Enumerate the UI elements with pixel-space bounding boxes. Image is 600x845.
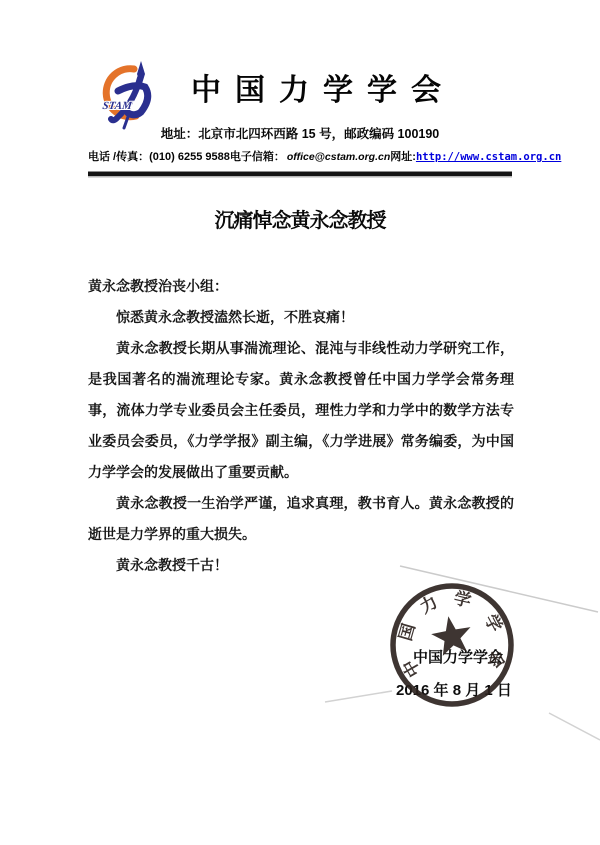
contact-row: 电话 /传真： (010) 6255 9588 电子信箱： office@cst… [88, 148, 512, 164]
letter-page: STAM 中国力学学会 地址：北京市北四环西路 15 号，邮政编码 100190… [0, 0, 600, 845]
paragraph: 黄永念教授长期从事湍流理论、混沌与非线性动力学研究工作，是我国著名的湍流理论专家… [88, 333, 514, 488]
seal-char: 学 [452, 588, 473, 611]
address-line: 地址：北京市北四环西路 15 号，邮政编码 100190 [88, 124, 512, 142]
phone-value: (010) 6255 9588 [149, 151, 230, 163]
phone-item: 电话 /传真： (010) 6255 9588 [88, 148, 230, 164]
cstam-logo: STAM [88, 60, 170, 130]
logo-stam-text: STAM [102, 100, 134, 112]
seal-char: 国 [396, 621, 419, 643]
paragraph: 黄永念教授一生治学严谨，追求真理，教书育人。黄永念教授的逝世是力学界的重大损失。 [88, 488, 514, 550]
letter-body: 黄永念教授治丧小组： 惊悉黄永念教授溘然长逝，不胜哀痛！ 黄永念教授长期从事湍流… [88, 271, 514, 581]
phone-label: 电话 /传真： [88, 148, 149, 164]
official-seal: 中 国 力 学 学 会 [377, 570, 527, 720]
website-item: 网址: http://www.cstam.org.cn [390, 148, 561, 164]
letterhead-rule [88, 171, 512, 176]
letter-title: 沉痛悼念黄永念教授 [0, 204, 600, 233]
paragraph: 惊悉黄永念教授溘然长逝，不胜哀痛！ [88, 302, 514, 333]
salutation: 黄永念教授治丧小组： [88, 271, 514, 302]
email-value: office@cstam.org.cn [287, 151, 390, 163]
website-link[interactable]: http://www.cstam.org.cn [416, 151, 561, 163]
scan-line [549, 713, 600, 740]
website-label: 网址: [390, 148, 416, 164]
org-name: 中国力学学会 [191, 72, 455, 110]
email-label: 电子信箱： [230, 148, 285, 164]
seal-star-icon [431, 616, 470, 656]
email-item: 电子信箱： office@cstam.org.cn [230, 148, 390, 164]
